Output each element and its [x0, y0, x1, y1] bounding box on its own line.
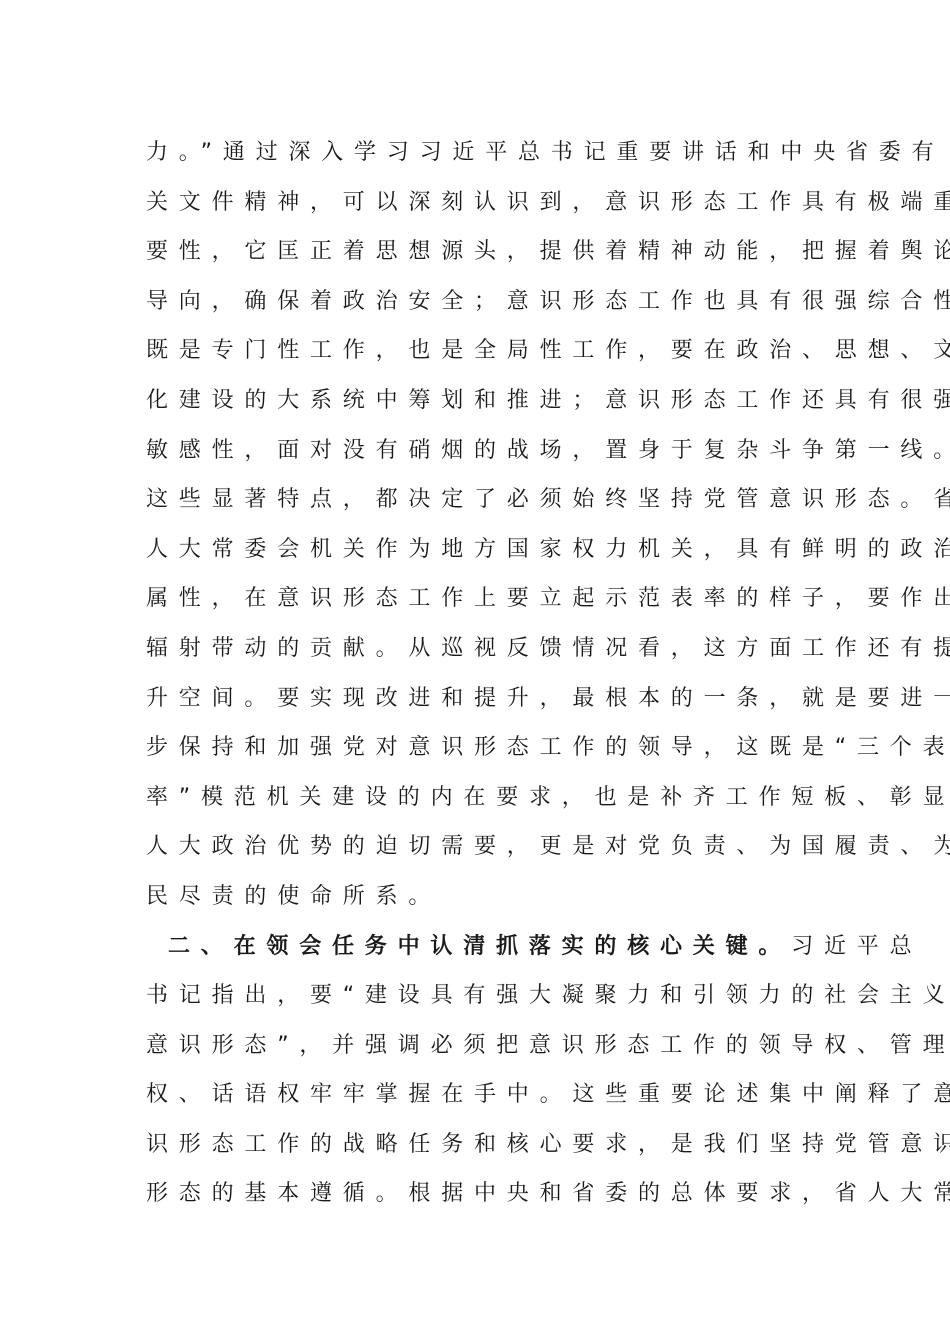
text-line: 形态的基本遵循。根据中央和省委的总体要求，省人大常	[146, 1175, 806, 1225]
text-line: 敏感性，面对没有硝烟的战场，置身于复杂斗争第一线。	[146, 432, 806, 482]
document-page: 力。”通过深入学习习近平总书记重要讲话和中央省委有 关文件精神，可以深刻认识到，…	[146, 134, 806, 1225]
text-line: 权、话语权牢牢掌握在手中。这些重要论述集中阐释了意	[146, 1076, 806, 1126]
text-line: 人大常委会机关作为地方国家权力机关，具有鲜明的政治	[146, 531, 806, 581]
text-line: 属性，在意识形态工作上要立起示范表率的样子，要作出	[146, 580, 806, 630]
text-line: 力。”通过深入学习习近平总书记重要讲话和中央省委有	[146, 134, 806, 184]
text-line: 率”模范机关建设的内在要求，也是补齐工作短板、彰显	[146, 779, 806, 829]
text-line: 意识形态”，并强调必须把意识形态工作的领导权、管理	[146, 1027, 806, 1077]
text-line: 要性，它匡正着思想源头，提供着精神动能，把握着舆论	[146, 233, 806, 283]
text-line: 这些显著特点，都决定了必须始终坚持党管意识形态。省	[146, 481, 806, 531]
text-line: 书记指出，要“建设具有强大凝聚力和引领力的社会主义	[146, 977, 806, 1027]
text-line: 升空间。要实现改进和提升，最根本的一条，就是要进一	[146, 680, 806, 730]
text-run: 习近平总	[791, 934, 922, 959]
text-line: 识形态工作的战略任务和核心要求，是我们坚持党管意识	[146, 1126, 806, 1176]
text-line: 民尽责的使命所系。	[146, 878, 806, 928]
text-line: 步保持和加强党对意识形态工作的领导，这既是“三个表	[146, 729, 806, 779]
section-heading-line: 二、在领会任务中认清抓落实的核心关键。习近平总	[146, 928, 806, 978]
text-line: 既是专门性工作，也是全局性工作，要在政治、思想、文	[146, 332, 806, 382]
text-line: 导向，确保着政治安全；意识形态工作也具有很强综合性	[146, 283, 806, 333]
text-line: 关文件精神，可以深刻认识到，意识形态工作具有极端重	[146, 184, 806, 234]
section-heading: 二、在领会任务中认清抓落实的核心关键。	[168, 934, 791, 959]
text-line: 化建设的大系统中筹划和推进；意识形态工作还具有很强	[146, 382, 806, 432]
text-line: 人大政治优势的迫切需要，更是对党负责、为国履责、为	[146, 828, 806, 878]
text-line: 辐射带动的贡献。从巡视反馈情况看，这方面工作还有提	[146, 630, 806, 680]
